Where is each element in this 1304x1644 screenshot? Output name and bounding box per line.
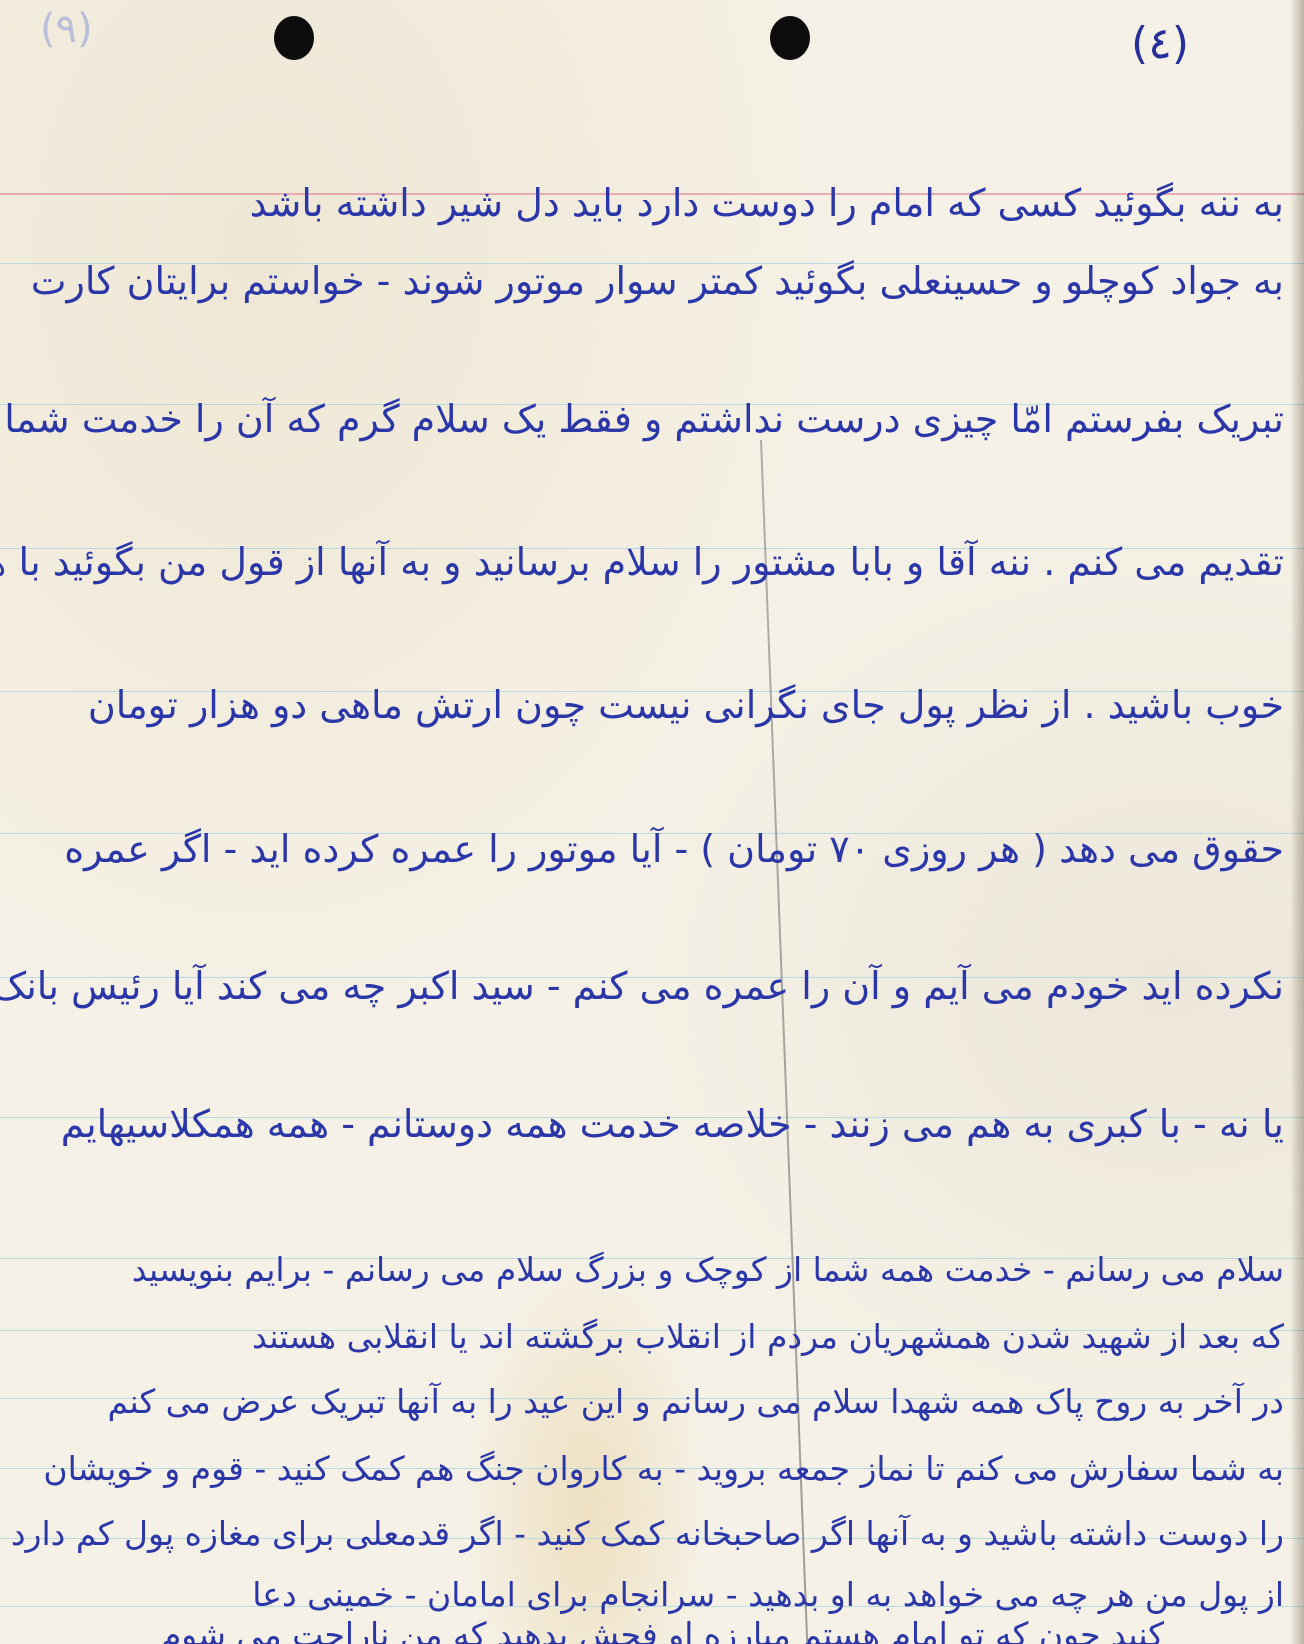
letter-page: (٩) (٤) به ننه بگوئید کسی که امام را دوس… <box>0 0 1304 1644</box>
letter-line: به جواد کوچلو و حسینعلی بگوئید کمتر سوار… <box>20 262 1284 300</box>
paper-edge <box>1290 0 1304 1644</box>
letter-line: سلام می رسانم - خدمت همه شما از کوچک و ب… <box>20 1253 1284 1286</box>
letter-line: تقدیم می کنم . ننه آقا و بابا مشتور را س… <box>20 543 1284 581</box>
letter-line: یا نه - با کبری به هم می زنند - خلاصه خد… <box>20 1105 1284 1143</box>
faint-page-mark: (٩) <box>40 6 93 52</box>
letter-line: در آخر به روح پاک همه شهدا سلام می رسانم… <box>20 1385 1284 1418</box>
letter-line: به شما سفارش می کنم تا نماز جمعه بروید -… <box>20 1452 1284 1485</box>
page-number: (٤) <box>1131 18 1189 69</box>
letter-line: از پول من هر چه می خواهد به او بدهید - س… <box>20 1578 1284 1611</box>
letter-line: به ننه بگوئید کسی که امام را دوست دارد ب… <box>20 184 1284 222</box>
letter-line: که بعد از شهید شدن همشهریان مردم از انقل… <box>20 1320 1284 1353</box>
punch-hole <box>274 16 314 60</box>
letter-line: حقوق می دهد ( هر روزی ۷۰ تومان ) - آیا م… <box>20 830 1284 868</box>
letter-line: خوب باشید . از نظر پول جای نگرانی نیست چ… <box>20 686 1284 724</box>
letter-line: کنید چون که تو امام هستم مبارزه او فحش ب… <box>20 1618 1164 1644</box>
letter-line: تبریک بفرستم امّا چیزی درست نداشتم و فقط… <box>20 400 1284 438</box>
letter-line: را دوست داشته باشید و به آنها اگر صاحبخا… <box>20 1517 1284 1550</box>
punch-hole <box>770 16 810 60</box>
letter-line: نکرده اید خودم می آیم و آن را عمره می کن… <box>20 967 1284 1005</box>
